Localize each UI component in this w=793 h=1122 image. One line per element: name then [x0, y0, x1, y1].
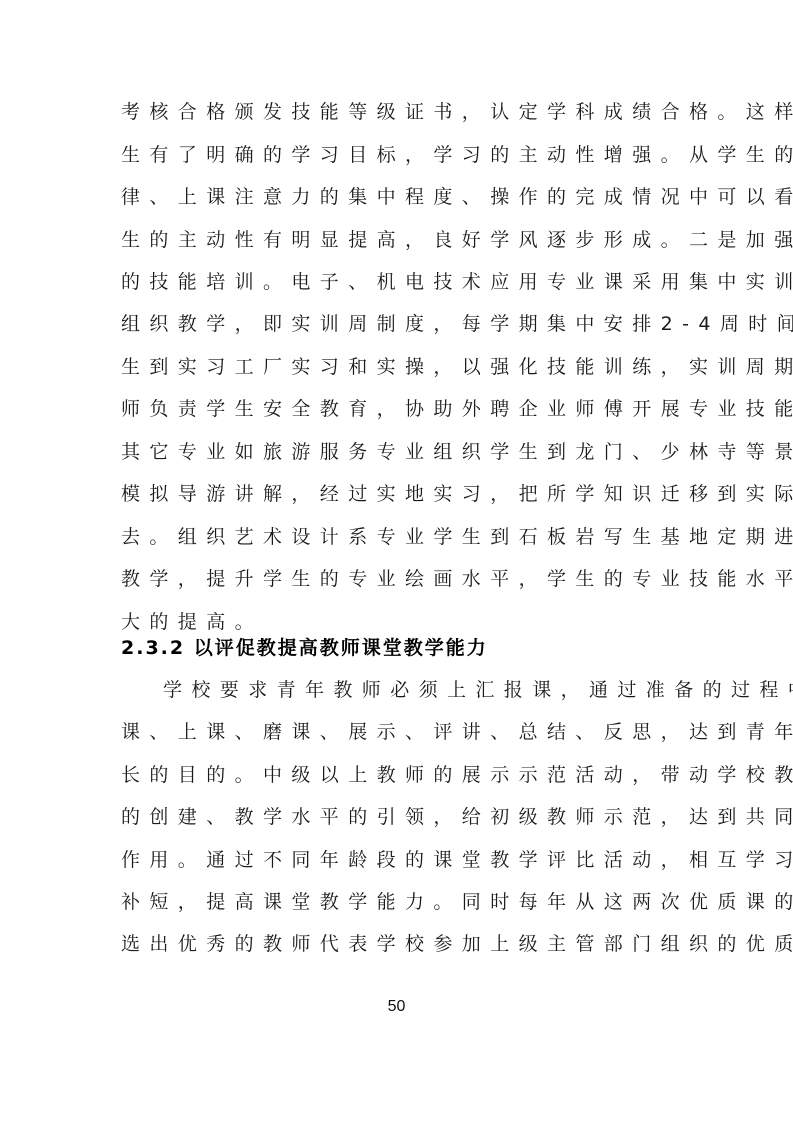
paragraph-line: 生到实习工厂实习和实操，以强化技能训练，实训周期间，老	[121, 352, 701, 382]
paragraph-line: 师负责学生安全教育，协助外聘企业师傅开展专业技能教学。	[121, 394, 701, 424]
paragraph-line: 律、上课注意力的集中程度、操作的完成情况中可以看出，学	[121, 182, 701, 212]
paragraph-line: 教学，提升学生的专业绘画水平，学生的专业技能水平得到很	[121, 564, 701, 594]
paragraph-line: 的创建、教学水平的引领，给初级教师示范，达到共同提升的	[121, 802, 701, 832]
paragraph-line: 去。组织艺术设计系专业学生到石板岩写生基地定期进行写生	[121, 522, 701, 552]
paragraph-line: 作用。通过不同年龄段的课堂教学评比活动，相互学习，取长	[121, 845, 701, 875]
paragraph-line: 生有了明确的学习目标，学习的主动性增强。从学生的课堂纪	[121, 140, 701, 170]
paragraph-line: 模拟导游讲解，经过实地实习，把所学知识迁移到实际工作中	[121, 479, 701, 509]
section-heading: 2.3.2 以评促教提高教师课堂教学能力	[121, 633, 488, 663]
paragraph-line: 学校要求青年教师必须上汇报课，通过准备的过程中的备	[163, 675, 743, 705]
page-number: 50	[0, 998, 793, 1016]
paragraph-line: 生的主动性有明显提高，良好学风逐步形成。二是加强对学生	[121, 225, 701, 255]
paragraph-line: 其它专业如旅游服务专业组织学生到龙门、少林寺等景区实地	[121, 437, 701, 467]
paragraph-line: 选出优秀的教师代表学校参加上级主管部门组织的优质课比赛。	[121, 929, 701, 959]
paragraph-line: 的技能培训。电子、机电技术应用专业课采用集中实训的方式	[121, 267, 701, 297]
paragraph-line: 长的目的。中级以上教师的展示示范活动，带动学校教学氛围	[121, 760, 701, 790]
paragraph-line: 组织教学，即实训周制度，每学期集中安排2-4周时间，让学	[121, 309, 701, 339]
paragraph-line: 考核合格颁发技能等级证书，认定学科成绩合格。这样一来学	[121, 97, 701, 127]
document-page: 考核合格颁发技能等级证书，认定学科成绩合格。这样一来学 生有了明确的学习目标，学…	[0, 0, 793, 1122]
paragraph-line: 补短，提高课堂教学能力。同时每年从这两次优质课的评比中，	[121, 887, 701, 917]
paragraph-line: 课、上课、磨课、展示、评讲、总结、反思，达到青年教师成	[121, 717, 701, 747]
